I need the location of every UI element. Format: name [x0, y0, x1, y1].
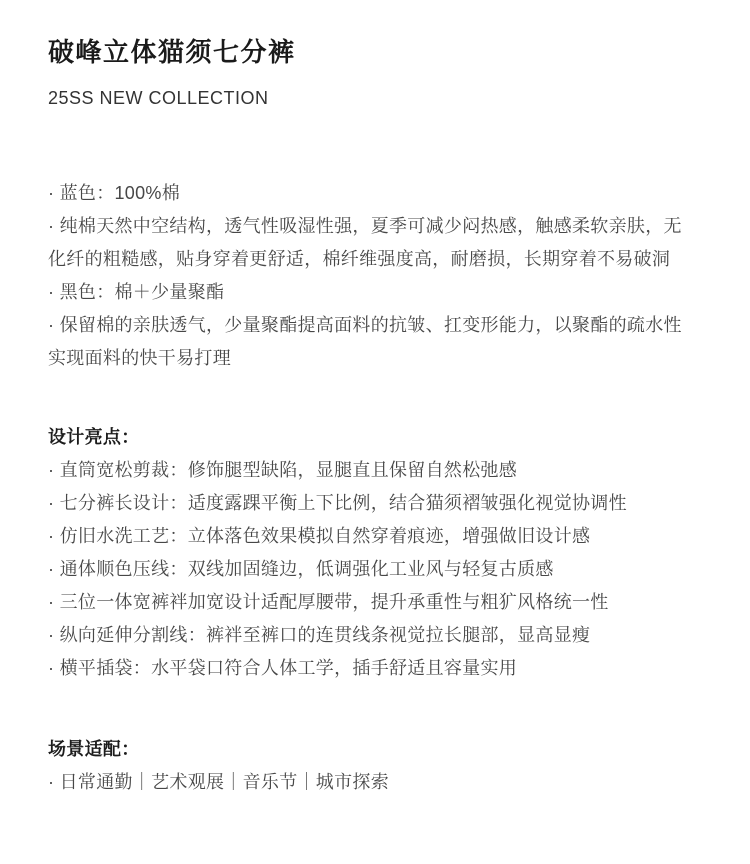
- list-item-tonal-stitching: · 通体顺色压线：双线加固缝边，低调强化工业风与轻复古质感: [48, 553, 706, 586]
- materials-section: · 蓝色：100%棉 · 纯棉天然中空结构，透气性吸湿性强，夏季可减少闷热感，触…: [48, 177, 706, 375]
- list-item-cotton-benefits-continuation: 化纤的粗糙感，贴身穿着更舒适，棉纤维强度高，耐磨损，长期穿着不易破洞: [48, 243, 706, 276]
- list-item-cropped-length: · 七分裤长设计：适度露踝平衡上下比例，结合猫须褶皱强化视觉协调性: [48, 487, 706, 520]
- list-item-wide-belt-loops: · 三位一体宽裤袢加宽设计适配厚腰带，提升承重性与粗犷风格统一性: [48, 586, 706, 619]
- product-title: 破峰立体猫须七分裤: [48, 36, 706, 68]
- list-item-vintage-wash: · 仿旧水洗工艺：立体落色效果模拟自然穿着痕迹，增强做旧设计感: [48, 520, 706, 553]
- section-heading-scene: 场景适配：: [48, 733, 706, 766]
- design-highlights-section: 设计亮点： · 直筒宽松剪裁：修饰腿型缺陷，显腿直且保留自然松弛感 · 七分裤长…: [48, 421, 706, 685]
- list-item-polyester-benefits-continuation: 实现面料的快干易打理: [48, 342, 706, 375]
- list-item-vertical-seam-lines: · 纵向延伸分割线：裤袢至裤口的连贯线条视觉拉长腿部，显高显瘦: [48, 619, 706, 652]
- list-item-straight-loose-cut: · 直筒宽松剪裁：修饰腿型缺陷，显腿直且保留自然松弛感: [48, 454, 706, 487]
- list-item-cotton-benefits: · 纯棉天然中空结构，透气性吸湿性强，夏季可减少闷热感，触感柔软亲肤，无: [48, 210, 706, 243]
- list-item-polyester-benefits: · 保留棉的亲肤透气，少量聚酯提高面料的抗皱、扛变形能力，以聚酯的疏水性: [48, 309, 706, 342]
- list-item-usage-scenes: · 日常通勤｜艺术观展｜音乐节｜城市探索: [48, 766, 706, 799]
- list-item-horizontal-pockets: · 横平插袋：水平袋口符合人体工学，插手舒适且容量实用: [48, 652, 706, 685]
- list-item-material-color-blue: · 蓝色：100%棉: [48, 177, 706, 210]
- scene-match-section: 场景适配： · 日常通勤｜艺术观展｜音乐节｜城市探索: [48, 733, 706, 799]
- product-subtitle: 25SS NEW COLLECTION: [48, 85, 706, 111]
- list-item-material-color-black: · 黑色：棉＋少量聚酯: [48, 276, 706, 309]
- product-detail-page: 破峰立体猫须七分裤 25SS NEW COLLECTION · 蓝色：100%棉…: [0, 0, 750, 864]
- section-heading-design: 设计亮点：: [48, 421, 706, 454]
